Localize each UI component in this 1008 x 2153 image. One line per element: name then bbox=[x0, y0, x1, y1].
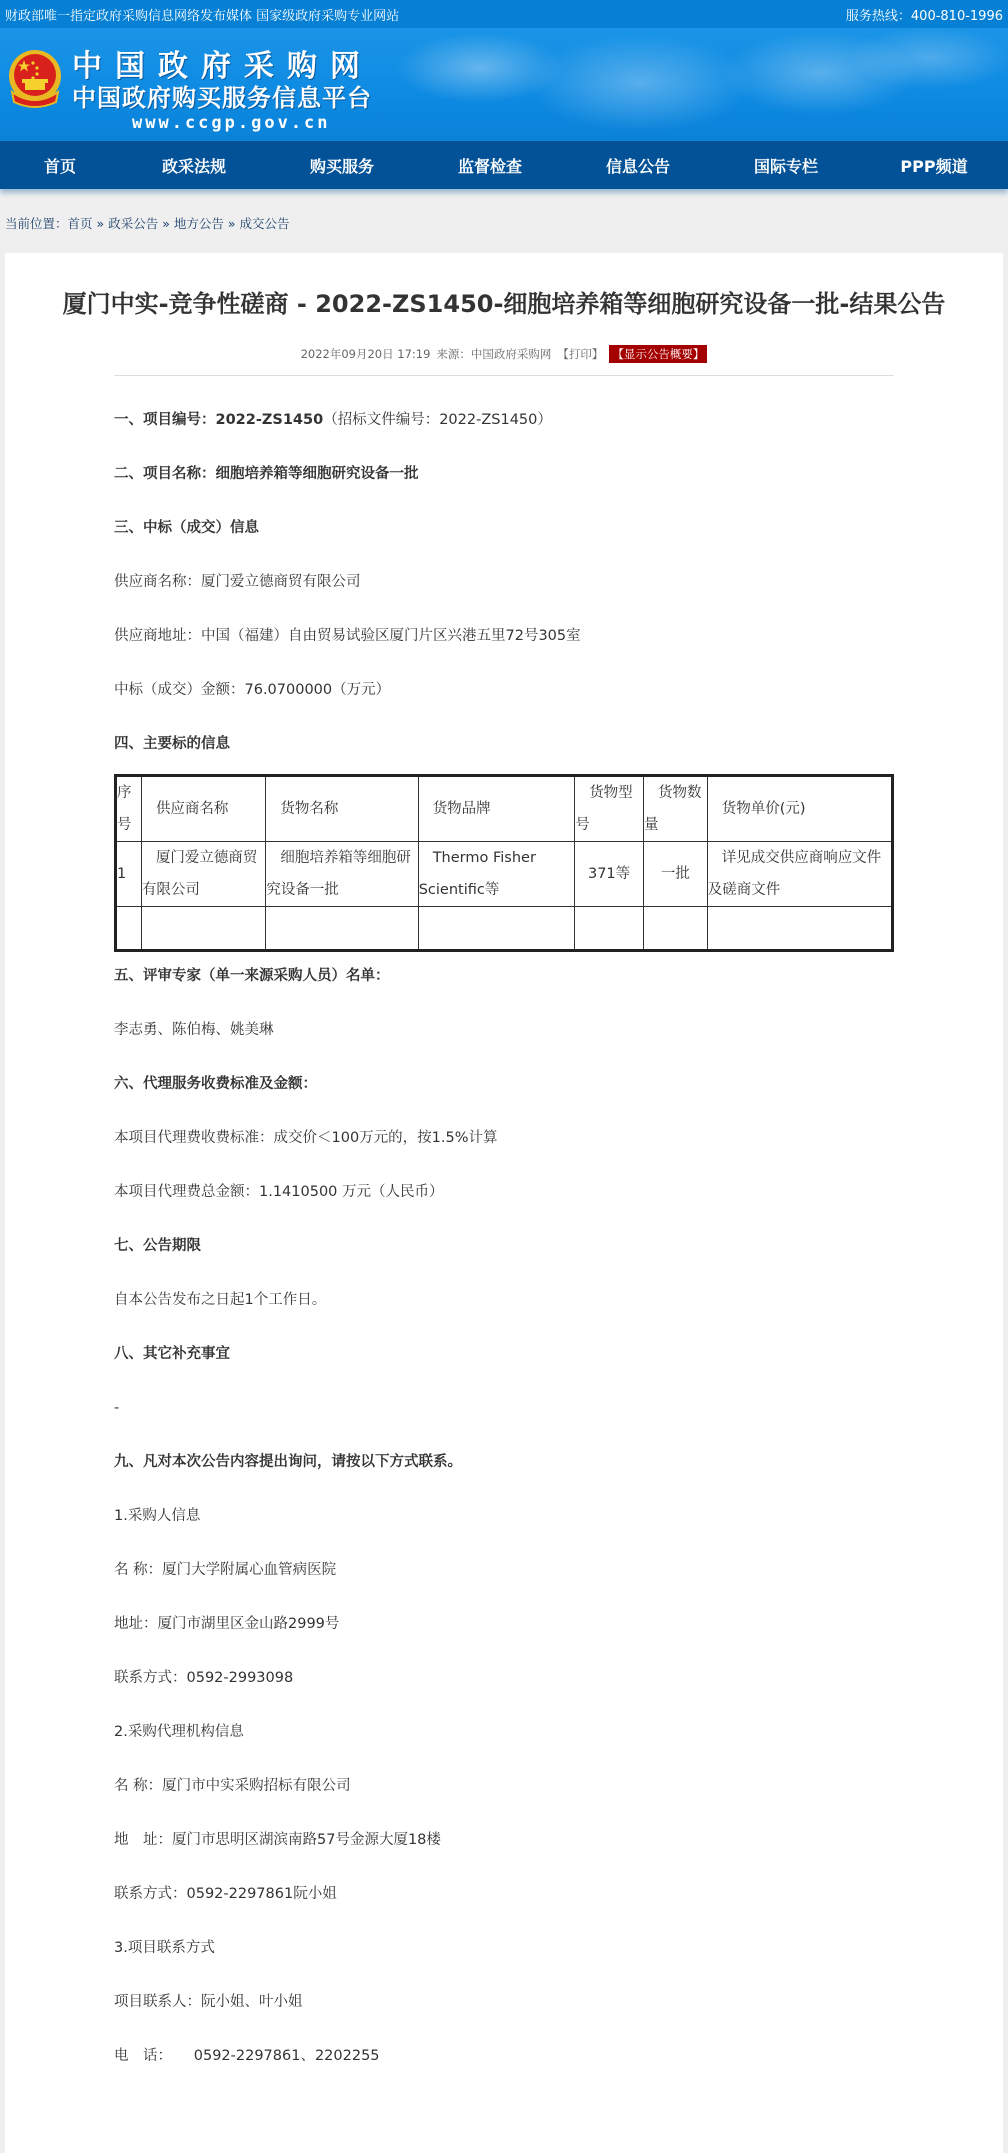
table-cell: 详见成交供应商响应文件及磋商文件 bbox=[707, 842, 892, 907]
purchaser-name: 名 称：厦门大学附属心血管病医院 bbox=[114, 1560, 894, 1580]
table-row bbox=[116, 907, 893, 951]
fee-standard: 本项目代理费收费标准：成交价＜100万元的，按1.5%计算 bbox=[114, 1128, 894, 1148]
header-cell: 货物名称 bbox=[266, 776, 418, 842]
breadcrumb-label: 当前位置： bbox=[5, 214, 68, 232]
article-card: 厦门中实-竞争性磋商 - 2022-ZS1450-细胞培养箱等细胞研究设备一批-… bbox=[5, 253, 1003, 2153]
section-notice-period: 七、公告期限 bbox=[114, 1236, 894, 1256]
main-nav: 首页 政采法规 购买服务 监督检查 信息公告 国际专栏 PPP频道 bbox=[0, 141, 1008, 189]
logo-title: 中国政府采购网 bbox=[72, 50, 373, 84]
breadcrumb: 当前位置： 首页 » 政采公告 » 地方公告 » 成交公告 bbox=[0, 189, 1008, 245]
table-cell bbox=[643, 907, 707, 951]
logo-subtitle: 中国政府购买服务信息平台 bbox=[72, 84, 373, 112]
site-logo[interactable]: 中国政府采购网 中国政府购买服务信息平台 www.ccgp.gov.cn bbox=[72, 50, 373, 134]
breadcrumb-procurement-announcements[interactable]: 政采公告 bbox=[108, 214, 158, 232]
purchaser-info-title: 1.采购人信息 bbox=[114, 1506, 894, 1526]
service-hotline: 服务热线：400-810-1996 bbox=[846, 5, 1003, 24]
show-summary-button[interactable]: 【显示公告概要】 bbox=[609, 345, 707, 363]
breadcrumb-separator: » bbox=[162, 216, 170, 231]
items-table: 序号 供应商名称 货物名称 货物品牌 货物型号 货物数量 货物单价(元) 1 厦… bbox=[114, 774, 894, 952]
article-meta: 2022年09月20日 17:19 来源：中国政府采购网 【打印】 【显示公告概… bbox=[5, 345, 1003, 363]
supplier-name: 供应商名称：厦门爱立德商贸有限公司 bbox=[114, 572, 894, 592]
table-row: 1 厦门爱立德商贸有限公司 细胞培养箱等细胞研究设备一批 Thermo Fish… bbox=[116, 842, 893, 907]
header-cell: 序号 bbox=[116, 776, 142, 842]
header-cell: 供应商名称 bbox=[141, 776, 265, 842]
award-amount: 中标（成交）金额：76.0700000（万元） bbox=[114, 680, 894, 700]
site-banner: 中国政府采购网 中国政府购买服务信息平台 www.ccgp.gov.cn bbox=[0, 28, 1008, 141]
agency-info-title: 2.采购代理机构信息 bbox=[114, 1722, 894, 1742]
project-contact-title: 3.项目联系方式 bbox=[114, 1938, 894, 1958]
section-award-info: 三、中标（成交）信息 bbox=[114, 518, 894, 538]
table-cell bbox=[141, 907, 265, 951]
breadcrumb-home[interactable]: 首页 bbox=[68, 214, 93, 232]
top-bar: 财政部唯一指定政府采购信息网络发布媒体 国家级政府采购专业网站 服务热线：400… bbox=[0, 0, 1008, 28]
site-slogan: 财政部唯一指定政府采购信息网络发布媒体 国家级政府采购专业网站 bbox=[5, 5, 399, 24]
table-cell: 371等 bbox=[575, 842, 644, 907]
table-cell bbox=[266, 907, 418, 951]
section-other-matters: 八、其它补充事宜 bbox=[114, 1344, 894, 1364]
breadcrumb-deal-announcements[interactable]: 成交公告 bbox=[240, 214, 290, 232]
table-cell: 一批 bbox=[643, 842, 707, 907]
section-experts: 五、评审专家（单一来源采购人员）名单： bbox=[114, 966, 894, 986]
section-project-name: 二、项目名称：细胞培养箱等细胞研究设备一批 bbox=[114, 464, 894, 484]
table-cell: 细胞培养箱等细胞研究设备一批 bbox=[266, 842, 418, 907]
expert-list: 李志勇、陈伯梅、姚美琳 bbox=[114, 1020, 894, 1040]
national-emblem-icon bbox=[6, 48, 64, 110]
supplier-address: 供应商地址：中国（福建）自由贸易试验区厦门片区兴港五里72号305室 bbox=[114, 626, 894, 646]
breadcrumb-separator: » bbox=[228, 216, 236, 231]
other-matters: - bbox=[114, 1398, 894, 1418]
table-cell bbox=[116, 907, 142, 951]
purchaser-phone: 联系方式：0592-2993098 bbox=[114, 1668, 894, 1688]
header-cell: 货物数量 bbox=[643, 776, 707, 842]
header-cell: 货物品牌 bbox=[418, 776, 575, 842]
table-cell bbox=[418, 907, 575, 951]
table-cell: Thermo Fisher Scientific等 bbox=[418, 842, 575, 907]
breadcrumb-local-announcements[interactable]: 地方公告 bbox=[174, 214, 224, 232]
agency-address: 地 址：厦门市思明区湖滨南路57号金源大厦18楼 bbox=[114, 1830, 894, 1850]
table-cell bbox=[575, 907, 644, 951]
purchaser-address: 地址：厦门市湖里区金山路2999号 bbox=[114, 1614, 894, 1634]
tender-doc-number: （招标文件编号：2022-ZS1450） bbox=[323, 412, 552, 428]
section-contact: 九、凡对本次公告内容提出询问，请按以下方式联系。 bbox=[114, 1452, 894, 1472]
nav-item-supervision[interactable]: 监督检查 bbox=[416, 154, 564, 177]
table-header-row: 序号 供应商名称 货物名称 货物品牌 货物型号 货物数量 货物单价(元) bbox=[116, 776, 893, 842]
nav-item-purchase-services[interactable]: 购买服务 bbox=[268, 154, 416, 177]
section-agency-fee: 六、代理服务收费标准及金额： bbox=[114, 1074, 894, 1094]
agency-name: 名 称：厦门市中实采购招标有限公司 bbox=[114, 1776, 894, 1796]
title-divider bbox=[114, 375, 894, 376]
article-source: 来源：中国政府采购网 bbox=[436, 346, 551, 362]
logo-url: www.ccgp.gov.cn bbox=[72, 112, 373, 134]
header-cell: 货物单价(元) bbox=[707, 776, 892, 842]
notice-period: 自本公告发布之日起1个工作日。 bbox=[114, 1290, 894, 1310]
breadcrumb-separator: » bbox=[97, 216, 105, 231]
project-contact-phone: 电 话： 0592-2297861、2202255 bbox=[114, 2046, 894, 2066]
publish-datetime: 2022年09月20日 17:19 bbox=[301, 346, 431, 362]
table-cell: 1 bbox=[116, 842, 142, 907]
nav-item-announcements[interactable]: 信息公告 bbox=[564, 154, 712, 177]
nav-item-ppp[interactable]: PPP频道 bbox=[860, 154, 1008, 177]
nav-item-international[interactable]: 国际专栏 bbox=[712, 154, 860, 177]
project-number: 2022-ZS1450 bbox=[216, 412, 324, 428]
table-cell: 厦门爱立德商贸有限公司 bbox=[141, 842, 265, 907]
project-contact-person: 项目联系人：阮小姐、叶小姐 bbox=[114, 1992, 894, 2012]
agency-phone: 联系方式：0592-2297861阮小姐 bbox=[114, 1884, 894, 1904]
fee-total: 本项目代理费总金额：1.1410500 万元（人民币） bbox=[114, 1182, 894, 1202]
section-project-number: 一、项目编号：2022-ZS1450（招标文件编号：2022-ZS1450） bbox=[114, 410, 894, 430]
nav-item-regulations[interactable]: 政采法规 bbox=[120, 154, 268, 177]
section-main-items: 四、主要标的信息 bbox=[114, 734, 894, 754]
article-content: 一、项目编号：2022-ZS1450（招标文件编号：2022-ZS1450） 二… bbox=[114, 410, 894, 2066]
nav-item-home[interactable]: 首页 bbox=[0, 154, 120, 177]
header-cell: 货物型号 bbox=[575, 776, 644, 842]
article-title: 厦门中实-竞争性磋商 - 2022-ZS1450-细胞培养箱等细胞研究设备一批-… bbox=[5, 253, 1003, 321]
print-link[interactable]: 【打印】 bbox=[557, 346, 603, 362]
table-cell bbox=[707, 907, 892, 951]
